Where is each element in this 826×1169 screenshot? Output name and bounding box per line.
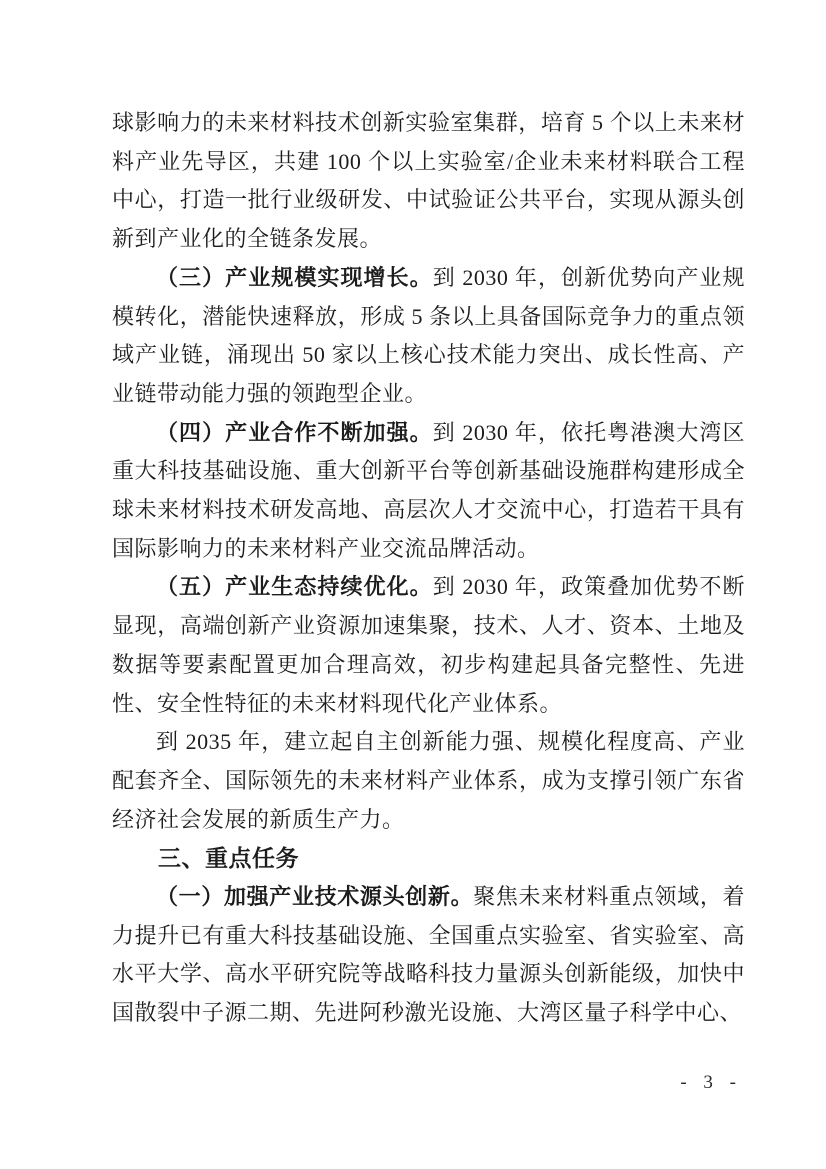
paragraph: 到 2035 年，建立起自主创新能力强、规模化程度高、产业配套齐全、国际领先的未… — [112, 723, 745, 839]
paragraph-lead: （四）产业合作不断加强。 — [156, 420, 433, 445]
document-body: 球影响力的未来材料技术创新实验室集群，培育 5 个以上未来材料产业先导区，共建 … — [112, 104, 745, 1033]
paragraph-text: 到 2035 年，建立起自主创新能力强、规模化程度高、产业配套齐全、国际领先的未… — [112, 729, 745, 831]
document-page: 球影响力的未来材料技术创新实验室集群，培育 5 个以上未来材料产业先导区，共建 … — [0, 0, 826, 1169]
paragraph: 球影响力的未来材料技术创新实验室集群，培育 5 个以上未来材料产业先导区，共建 … — [112, 104, 745, 259]
paragraph-lead: （五）产业生态持续优化。 — [156, 574, 433, 599]
paragraph: （五）产业生态持续优化。到 2030 年，政策叠加优势不断显现，高端创新产业资源… — [112, 568, 745, 723]
paragraph-text: 球影响力的未来材料技术创新实验室集群，培育 5 个以上未来材料产业先导区，共建 … — [112, 110, 745, 251]
page-number: - 3 - — [680, 1072, 742, 1094]
section-heading: 三、重点任务 — [112, 839, 745, 878]
paragraph: （四）产业合作不断加强。到 2030 年，依托粤港澳大湾区重大科技基础设施、重大… — [112, 414, 745, 569]
paragraph: （一）加强产业技术源头创新。聚焦未来材料重点领域，着力提升已有重大科技基础设施、… — [112, 878, 745, 1033]
paragraph-lead: （三）产业规模实现增长。 — [156, 265, 433, 290]
paragraph-lead: （一）加强产业技术源头创新。 — [156, 884, 473, 909]
paragraph: （三）产业规模实现增长。到 2030 年，创新优势向产业规模转化，潜能快速释放，… — [112, 259, 745, 414]
